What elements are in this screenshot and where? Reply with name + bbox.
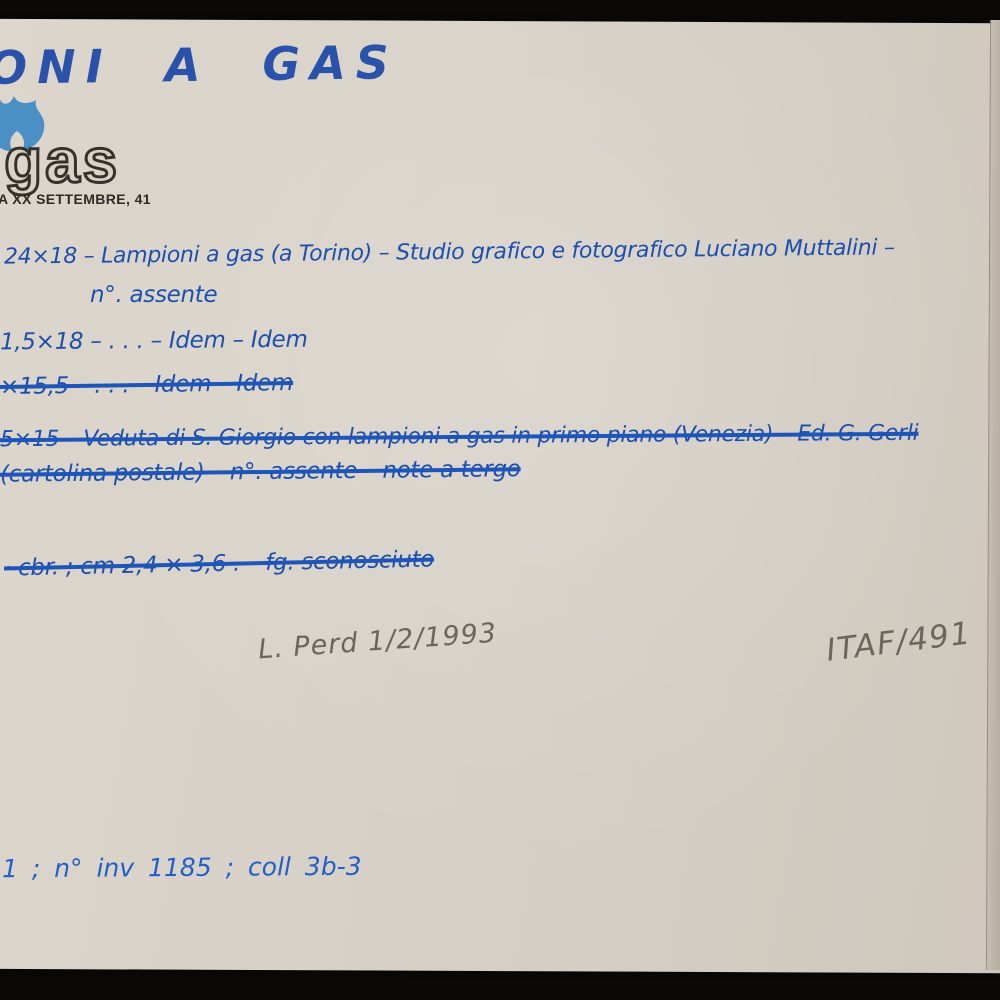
- handwritten-entry-struck: (cartolina postale) – n°. assente – note…: [0, 456, 521, 487]
- handwritten-title: ONI A GAS: [0, 35, 399, 95]
- archive-card-photo: ONI A GAS lgas VIA XX SETTEMBRE, 41 24×1…: [0, 0, 1000, 1000]
- inventory-note: 1 ; n° inv 1185 ; coll 3b-3: [2, 852, 362, 884]
- handwritten-entry: n°. assente: [90, 282, 217, 308]
- paper-sheet: [0, 19, 1000, 974]
- logo-wordmark: lgas: [0, 126, 120, 197]
- logo-address: VIA XX SETTEMBRE, 41: [0, 191, 151, 207]
- handwritten-entry: 1,5×18 – . . . – Idem – Idem: [0, 327, 308, 356]
- handwritten-entry-struck: ×15,5 – . . . – Idem – Idem: [0, 370, 293, 400]
